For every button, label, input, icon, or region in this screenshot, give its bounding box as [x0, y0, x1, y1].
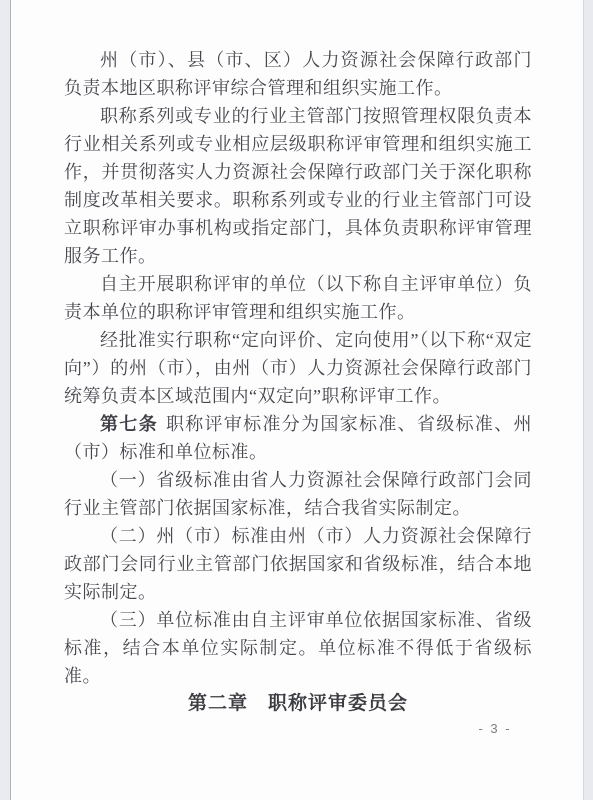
paragraph: 州（市）、县（市、区）人力资源社会保障行政部门负责本地区职称评审综合管理和组织实… [64, 46, 532, 102]
chapter-heading: 第二章 职称评审委员会 [64, 690, 532, 718]
paragraph: 职称系列或专业的行业主管部门按照管理权限负责本行业相关系列或专业相应层级职称评审… [64, 102, 532, 270]
paragraph-item-2: （二）州（市）标准由州（市）人力资源社会保障行政部门会同行业主管部门依据国家和省… [64, 522, 532, 606]
paragraph-item-3: （三）单位标准由自主评审单位依据国家标准、省级标准，结合本单位实际制定。单位标准… [64, 606, 532, 690]
paragraph: 自主开展职称评审的单位（以下称自主评审单位）负责本单位的职称评审管理和组织实施工… [64, 270, 532, 326]
left-page-edge [0, 0, 11, 800]
paragraph: 经批准实行职称“定向评价、定向使用”（以下称“双定向”）的州（市），由州（市）人… [64, 326, 532, 410]
scanned-document-page: { "doc": { "body_paragraphs": [ { "text"… [0, 0, 593, 800]
paragraph-item-1: （一）省级标准由省人力资源社会保障行政部门会同行业主管部门依据国家标准，结合我省… [64, 466, 532, 522]
article-number-label: 第七条 [100, 414, 158, 434]
paragraph-article-7: 第七条职称评审标准分为国家标准、省级标准、州（市）标准和单位标准。 [64, 410, 532, 466]
document-body: 州（市）、县（市、区）人力资源社会保障行政部门负责本地区职称评审综合管理和组织实… [64, 46, 532, 718]
right-page-edge [583, 0, 593, 800]
page-number: - 3 - [453, 721, 537, 736]
